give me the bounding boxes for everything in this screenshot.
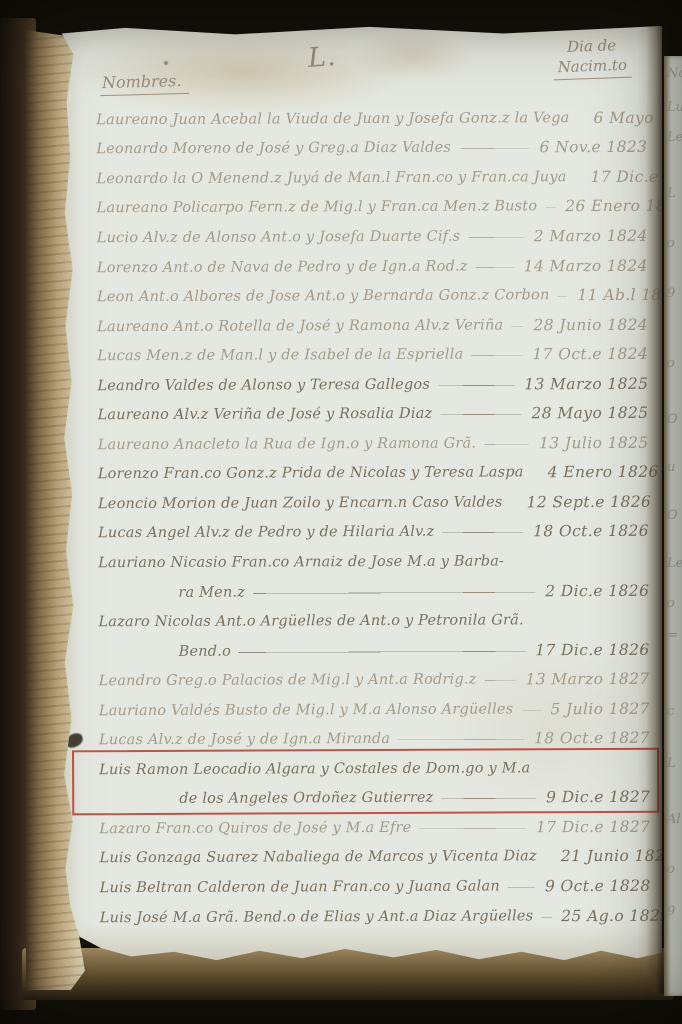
register-entry: Luis Gonzaga Suarez Nabaliega de Marcos … — [99, 841, 650, 873]
entry-name: Luis Gonzaga Suarez Nabaliega de Marcos … — [99, 849, 536, 867]
entry-name: Leandro Valdes de Alonso y Teresa Galleg… — [97, 376, 430, 393]
entry-line: Luis Ramon Leocadio Algara y Costales de… — [99, 753, 650, 785]
entry-birthdate: 2 Dic.e 1826 — [545, 581, 649, 599]
dash-leader — [239, 642, 525, 659]
dash-leader — [508, 878, 535, 894]
register-entry: Luis Beltran Calderon de Juan Fran.co y … — [100, 871, 651, 903]
entry-name: Laureano Alv.z Veriña de José y Rosalia … — [98, 406, 433, 423]
dash-leader — [468, 228, 524, 244]
next-page-text-fragment: o — [667, 236, 675, 251]
entry-name: Laureano Juan Acebal la Viuda de Juan y … — [96, 110, 569, 128]
entry-birthdate: 18 Oct.e 1827 — [534, 729, 650, 748]
entry-line: Leon Ant.o Albores de Jose Ant.o y Berna… — [97, 280, 648, 312]
dash-leader — [577, 110, 583, 126]
next-page-text-fragment: c — [667, 704, 674, 719]
register-entry: Laureano Alv.z Veriña de José y Rosalia … — [97, 398, 648, 430]
register-entry: Laureano Juan Acebal la Viuda de Juan y … — [96, 103, 647, 135]
entry-name: Laureano Policarpo Fern.z de Mig.l y Fra… — [97, 199, 538, 217]
entry-birthdate: 28 Junio 1824 — [533, 315, 648, 334]
entry-name: Luis Ramon Leocadio Algara y Costales de… — [99, 760, 530, 778]
register-entry: Laureano Anacleto la Rua de Ign.o y Ramo… — [98, 428, 649, 460]
next-page-text-fragment: L — [667, 756, 676, 771]
register-entry: Lucas Angel Alv.z de Pedro y de Hilaria … — [98, 516, 649, 548]
entry-birthdate: 14 Marzo 1824 — [524, 256, 648, 275]
dash-leader — [575, 169, 581, 185]
entry-line: Lazaro Fran.co Quiros de José y M.a Efre… — [99, 812, 650, 844]
dash-leader — [545, 199, 555, 215]
next-page-text-fragment: Le — [667, 556, 682, 571]
dash-leader — [521, 701, 540, 717]
entry-line: Lorenzo Fran.co Gonz.z Prida de Nicolas … — [98, 457, 649, 489]
register-entries: Laureano Juan Acebal la Viuda de Juan y … — [96, 103, 651, 933]
entry-line: Lucas Men.z de Man.l y de Isabel de la E… — [97, 339, 648, 371]
entry-name: Leonardo Moreno de José y Greg.a Diaz Va… — [96, 140, 451, 158]
register-entry: Lauriano Valdés Busto de Mig.l y M.a Alo… — [99, 694, 650, 726]
dash-leader — [485, 672, 516, 688]
entry-line: de los Angeles Ordoñez Gutierrez9 Dic.e … — [99, 782, 650, 814]
column-header-birthdate: Dia de Nacim.to — [539, 34, 644, 81]
next-page-text-fragment: 9 — [667, 904, 675, 919]
entry-name: Luis José M.a Grã. Bend.o de Elias y Ant… — [100, 908, 534, 926]
register-entry-highlighted: Luis Ramon Leocadio Algara y Costales de… — [99, 753, 650, 814]
entry-birthdate: 17 Oct.e 1824 — [532, 345, 648, 364]
entry-line: Leonardo la O Menend.z Juyá de Man.l Fra… — [96, 162, 647, 194]
entry-line: Lucio Alv.z de Alonso Ant.o y Josefa Dua… — [97, 221, 648, 253]
entry-line: Lucas Alv.z de José y de Ign.a Miranda18… — [99, 723, 650, 755]
entry-name: Leon Ant.o Albores de Jose Ant.o y Berna… — [97, 287, 550, 305]
dash-leader — [511, 494, 517, 510]
entry-name: Lazaro Fran.co Quiros de José y M.a Efre — [99, 820, 411, 837]
next-page-text-fragment: u — [667, 460, 675, 475]
register-entry: Lauriano Nicasio Fran.co Arnaiz de Jose … — [98, 546, 649, 607]
dash-leader — [471, 346, 522, 362]
entry-birthdate: 13 Marzo 1825 — [524, 374, 648, 393]
column-header-names: Nombres. — [100, 71, 190, 96]
entry-name: Laureano Ant.o Rotella de José y Ramona … — [97, 317, 503, 335]
dash-leader — [545, 849, 551, 865]
entry-name: Lucio Alv.z de Alonso Ant.o y Josefa Dua… — [97, 229, 461, 247]
entry-name: Leoncio Morion de Juan Zoilo y Encarn.n … — [98, 494, 503, 512]
register-entry: Lucas Men.z de Man.l y de Isabel de la E… — [97, 339, 648, 371]
register-page: L. Nombres. Dia de Nacim.to Laureano Jua… — [52, 26, 662, 962]
entry-birthdate: 9 Dic.e 1827 — [546, 788, 650, 806]
dash-leader — [532, 465, 538, 481]
entry-name: Lorenzo Ant.o de Nava de Pedro y de Ign.… — [97, 258, 468, 276]
next-page-text-fragment: 9 — [667, 286, 675, 301]
dash-leader — [476, 258, 514, 274]
entry-name: Bend.o — [179, 643, 231, 659]
birthdate-header-line2: Nacim.to — [553, 55, 631, 81]
next-page-text-fragment: O — [667, 508, 678, 523]
dash-leader — [438, 376, 514, 392]
entry-birthdate: 6 Nov.e 1823 — [539, 138, 647, 156]
dash-leader — [441, 790, 536, 806]
entry-line: Laureano Alv.z Veriña de José y Rosalia … — [97, 398, 648, 430]
next-page-sliver: NoLuLeLo9oOuOLeo=cLAlo9 — [664, 56, 682, 996]
entry-line: Lauriano Nicasio Fran.co Arnaiz de Jose … — [98, 546, 649, 578]
entry-name: Leonardo la O Menend.z Juyá de Man.l Fra… — [96, 169, 566, 187]
entry-line: Leandro Valdes de Alonso y Teresa Galleg… — [97, 369, 648, 401]
register-entry: Leoncio Morion de Juan Zoilo y Encarn.n … — [98, 487, 649, 519]
entry-name: Lazaro Nicolas Ant.o Argüelles de Ant.o … — [98, 612, 523, 630]
register-entry: Leon Ant.o Albores de Jose Ant.o y Berna… — [97, 280, 648, 312]
entry-line: Luis Beltran Calderon de Juan Fran.co y … — [100, 871, 651, 903]
entry-name: Lucas Alv.z de José y de Ign.a Miranda — [99, 731, 390, 748]
dash-leader — [419, 819, 526, 835]
register-entry: Lucio Alv.z de Alonso Ant.o y Josefa Dua… — [97, 221, 648, 253]
next-page-text-fragment: Lu — [667, 100, 682, 115]
dash-leader — [541, 908, 551, 924]
dash-leader — [459, 140, 530, 156]
register-entry: Leandro Greg.o Palacios de Mig.l y Ant.a… — [99, 664, 650, 696]
next-page-text-fragment: = — [667, 628, 678, 643]
entry-birthdate: 5 Julio 1827 — [550, 699, 649, 717]
entry-birthdate: 4 Enero 1826 — [548, 463, 659, 481]
next-page-text-fragment: Le — [667, 130, 682, 145]
entry-birthdate: 12 Sept.e 1826 — [527, 493, 652, 512]
entry-name: de los Angeles Ordoñez Gutierrez — [179, 790, 433, 807]
entry-line: Laureano Policarpo Fern.z de Mig.l y Fra… — [97, 191, 648, 223]
next-page-text-fragment: o — [667, 596, 675, 611]
entry-name: Luis Beltran Calderon de Juan Fran.co y … — [100, 878, 500, 896]
register-entry: Lazaro Nicolas Ant.o Argüelles de Ant.o … — [98, 605, 649, 666]
dash-leader — [440, 406, 521, 422]
entry-line: Lauriano Valdés Busto de Mig.l y M.a Alo… — [99, 694, 650, 726]
scanned-register-photo: L. Nombres. Dia de Nacim.to Laureano Jua… — [0, 0, 682, 1024]
entry-name: Lauriano Valdés Busto de Mig.l y M.a Alo… — [99, 701, 514, 719]
dash-leader — [253, 583, 535, 600]
entry-line: Lorenzo Ant.o de Nava de Pedro y de Ign.… — [97, 251, 648, 283]
next-page-text-fragment: o — [667, 862, 675, 877]
entry-birthdate: 28 Mayo 1825 — [531, 404, 648, 423]
entry-line: Lucas Angel Alv.z de Pedro y de Hilaria … — [98, 516, 649, 548]
entry-name: Lorenzo Fran.co Gonz.z Prida de Nicolas … — [98, 465, 524, 483]
foxing-spot — [164, 61, 168, 65]
entry-birthdate: 9 Oct.e 1828 — [545, 877, 651, 895]
dash-leader — [557, 287, 567, 303]
entry-line: Leonardo Moreno de José y Greg.a Diaz Va… — [96, 132, 647, 164]
entry-line: Laureano Ant.o Rotella de José y Ramona … — [97, 310, 648, 342]
entry-name: Laureano Anacleto la Rua de Ign.o y Ramo… — [98, 435, 477, 453]
register-entry: Laureano Ant.o Rotella de José y Ramona … — [97, 310, 648, 342]
next-page-text-fragment: L — [667, 186, 676, 201]
entry-birthdate: 2 Marzo 1824 — [534, 227, 648, 245]
entry-line: Luis José M.a Grã. Bend.o de Elias y Ant… — [100, 901, 651, 933]
entry-name: Lucas Angel Alv.z de Pedro y de Hilaria … — [98, 524, 434, 541]
next-page-text-fragment: Al — [667, 812, 681, 827]
entry-birthdate: 17 Dic.e 1826 — [535, 640, 649, 658]
register-entry: Laureano Policarpo Fern.z de Mig.l y Fra… — [97, 191, 648, 223]
entry-name: Lauriano Nicasio Fran.co Arnaiz de Jose … — [98, 553, 504, 571]
section-letter: L. — [307, 41, 338, 74]
entry-birthdate: 13 Julio 1825 — [539, 434, 649, 452]
entry-line: Laureano Anacleto la Rua de Ign.o y Ramo… — [98, 428, 649, 460]
register-entry: Luis José M.a Grã. Bend.o de Elias y Ant… — [100, 901, 651, 933]
entry-line: Laureano Juan Acebal la Viuda de Juan y … — [96, 103, 647, 135]
dash-leader — [484, 435, 529, 451]
dash-leader — [511, 317, 523, 333]
register-entry: Lorenzo Ant.o de Nava de Pedro y de Ign.… — [97, 251, 648, 283]
register-entry: Lazaro Fran.co Quiros de José y M.a Efre… — [99, 812, 650, 844]
register-entry: Lucas Alv.z de José y de Ign.a Miranda18… — [99, 723, 650, 755]
entry-line: ra Men.z2 Dic.e 1826 — [98, 576, 649, 608]
entry-birthdate: 13 Marzo 1827 — [525, 670, 649, 689]
entry-line: Leoncio Morion de Juan Zoilo y Encarn.n … — [98, 487, 649, 519]
entry-birthdate: 17 Dic.e 1827 — [536, 818, 650, 836]
dash-leader — [442, 524, 523, 540]
register-entry: Leonardo la O Menend.z Juyá de Man.l Fra… — [96, 162, 647, 194]
entry-birthdate: 18 Oct.e 1826 — [533, 522, 649, 541]
register-entry: Leandro Valdes de Alonso y Teresa Galleg… — [97, 369, 648, 401]
birthdate-header-line1: Dia de — [567, 36, 617, 56]
next-page-text-fragment: No — [667, 66, 682, 81]
dash-leader — [398, 731, 524, 748]
entry-name: Leandro Greg.o Palacios de Mig.l y Ant.a… — [99, 672, 477, 690]
entry-line: Lazaro Nicolas Ant.o Argüelles de Ant.o … — [98, 605, 649, 637]
entry-line: Bend.o17 Dic.e 1826 — [99, 635, 650, 667]
entry-name: Lucas Men.z de Man.l y de Isabel de la E… — [97, 347, 463, 365]
next-page-text-fragment: o — [667, 356, 675, 371]
entry-name: ra Men.z — [178, 584, 245, 600]
entry-line: Leandro Greg.o Palacios de Mig.l y Ant.a… — [99, 664, 650, 696]
entry-line: Luis Gonzaga Suarez Nabaliega de Marcos … — [99, 841, 650, 873]
next-page-text-fragment: O — [667, 412, 678, 427]
register-entry: Leonardo Moreno de José y Greg.a Diaz Va… — [96, 132, 647, 164]
register-entry: Lorenzo Fran.co Gonz.z Prida de Nicolas … — [98, 457, 649, 489]
